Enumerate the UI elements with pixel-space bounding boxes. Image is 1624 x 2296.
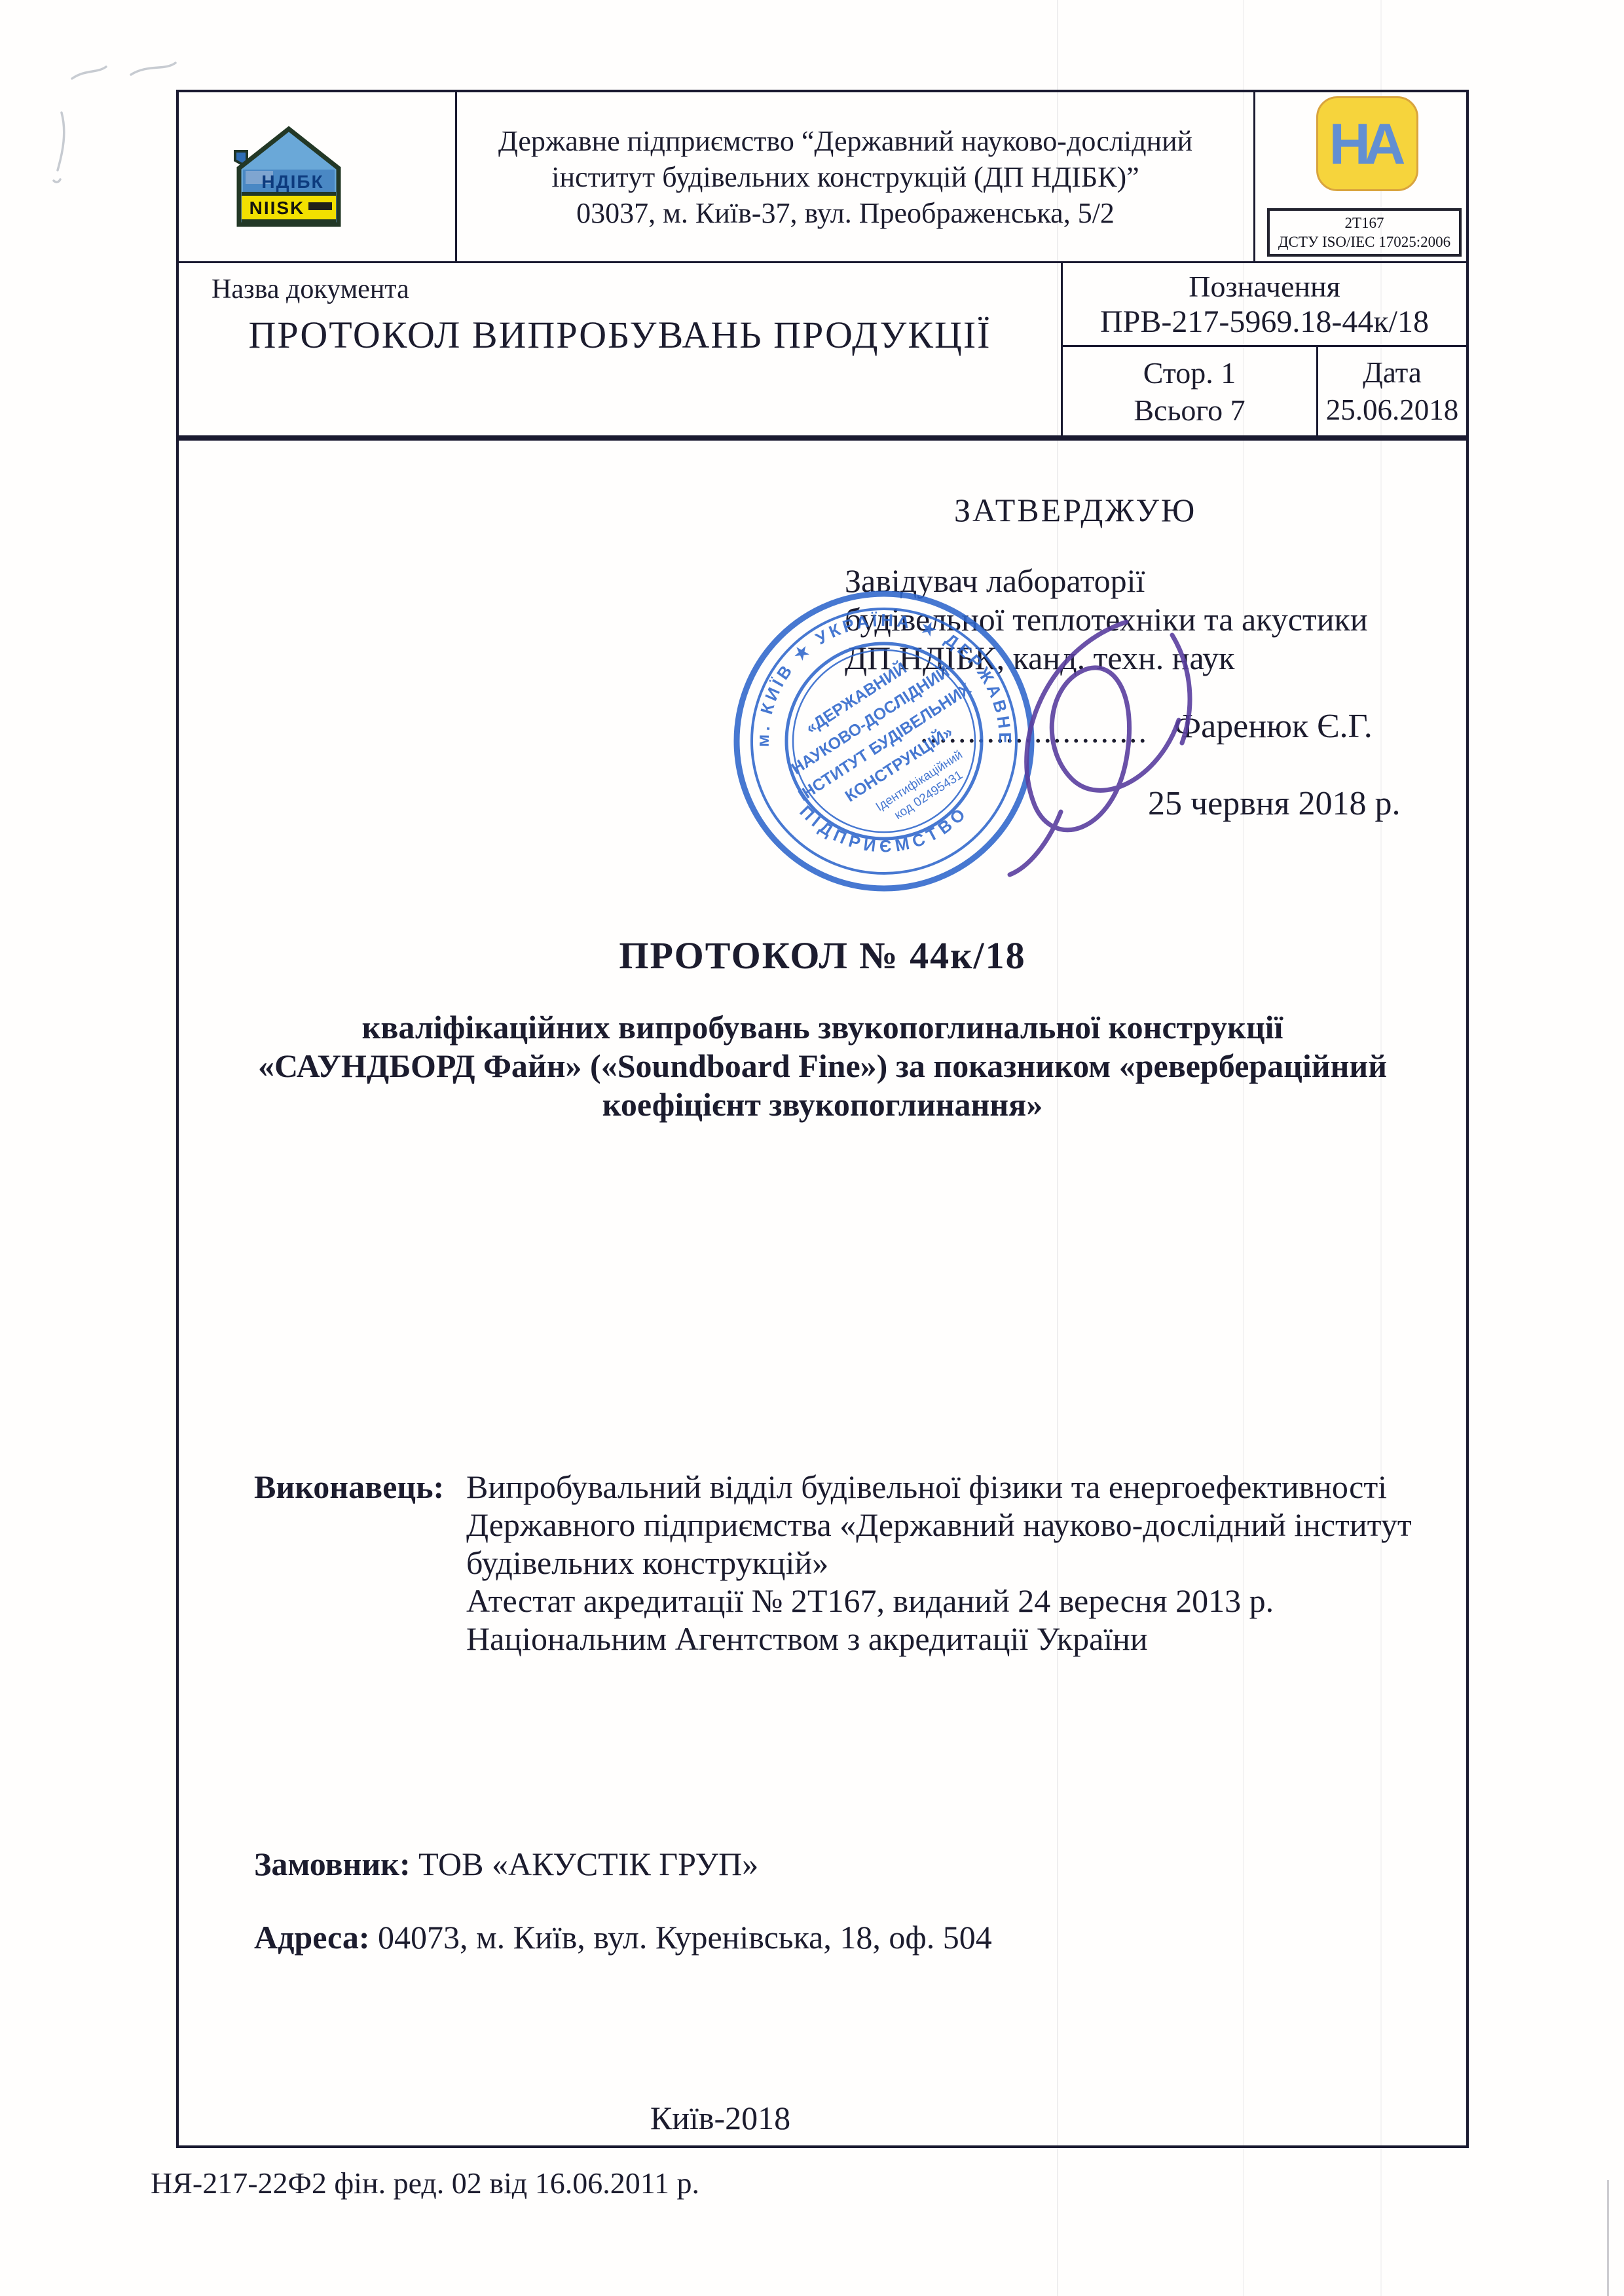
accreditation-cell: НА 2Т167 ДСТУ ISO/IEC 17025:2006	[1255, 92, 1466, 261]
approval-date: 25 червня 2018 р.	[1148, 784, 1401, 823]
executor-line: Атестат акредитації № 2Т167, виданий 24 …	[466, 1582, 1412, 1620]
approver-position-line: будівельної теплотехніки та акустики	[845, 600, 1368, 639]
date-cell: Дата 25.06.2018	[1318, 347, 1466, 435]
institute-house-logo-icon: НДІБК NIISK	[230, 125, 348, 238]
institution-line: Державне підприємство “Державний науково…	[498, 123, 1192, 159]
doc-title: ПРОТОКОЛ ВИПРОБУВАНЬ ПРОДУКЦІЇ	[179, 313, 1061, 357]
signature-dotted-line: ........................	[920, 712, 1148, 750]
date-label: Дата	[1363, 354, 1422, 392]
institution-cell: Державне підприємство “Державний науково…	[457, 92, 1253, 261]
subtitle-line: кваліфікаційних випробувань звукопоглина…	[176, 1008, 1469, 1047]
executor-line: Національним Агентством з акредитації Ук…	[466, 1620, 1412, 1658]
page-count-cell: Стор. 1 Всього 7	[1063, 347, 1316, 435]
designation-value: ПРВ-217-5969.18-44к/18	[1100, 304, 1429, 340]
executor-line: Державного підприємства «Державний науко…	[466, 1506, 1412, 1544]
institution-line: 03037, м. Київ-37, вул. Преображенська, …	[576, 195, 1115, 231]
subtitle-line: коефіцієнт звукопоглинання»	[176, 1085, 1469, 1124]
address-label: Адреса:	[254, 1919, 369, 1956]
institute-logo-cell: НДІБК NIISK	[179, 92, 455, 261]
customer-value: ТОВ «АКУСТІК ГРУП»	[418, 1846, 758, 1882]
executor-label: Виконавець:	[254, 1468, 444, 1506]
accreditation-cert-box: 2Т167 ДСТУ ISO/IEC 17025:2006	[1267, 208, 1462, 257]
address-value: 04073, м. Київ, вул. Куренівська, 18, оф…	[378, 1919, 992, 1956]
header-table: НДІБК NIISK Державне підприємство “Держа…	[176, 90, 1469, 438]
logo-band-bottom-text: NIISK	[249, 198, 305, 218]
designation-label: Позначення	[1189, 269, 1340, 304]
city-year: Київ-2018	[589, 2099, 851, 2137]
customer-label: Замовник:	[254, 1846, 411, 1882]
protocol-title: ПРОТОКОЛ № 44к/18	[176, 934, 1469, 977]
doc-name-cell: Назва документа ПРОТОКОЛ ВИПРОБУВАНЬ ПРО…	[179, 263, 1061, 435]
pages-total: Всього 7	[1134, 392, 1245, 429]
protocol-subtitle: кваліфікаційних випробувань звукопоглина…	[176, 1008, 1469, 1124]
approver-position-block: Завідувач лабораторії будівельної теплот…	[845, 562, 1368, 678]
subtitle-line: «САУНДБОРД Файн» («Soundboard Fine») за …	[176, 1047, 1469, 1085]
page-number: Стор. 1	[1143, 354, 1236, 392]
na-monogram: НА	[1329, 111, 1399, 177]
executor-line: Випробувальний відділ будівельної фізики…	[466, 1468, 1412, 1506]
scanned-protocol-page: НДІБК NIISK Державне підприємство “Держа…	[0, 0, 1624, 2296]
content-frame	[176, 438, 1469, 2148]
approve-heading: ЗАТВЕРДЖУЮ	[954, 491, 1196, 529]
approver-position-line: Завідувач лабораторії	[845, 562, 1368, 600]
cert-standard: ДСТУ ISO/IEC 17025:2006	[1270, 232, 1459, 251]
executor-line: будівельних конструкцій»	[466, 1544, 1412, 1582]
customer-row: Замовник: ТОВ «АКУСТІК ГРУП»	[254, 1845, 758, 1883]
form-reference-footer: НЯ-217-22Ф2 фін. ред. 02 від 16.06.2011 …	[151, 2166, 699, 2200]
approver-name: Фаренюк Є.Г.	[1174, 707, 1373, 746]
approver-position-line: ДП НДІБК, канд. техн. наук	[845, 639, 1368, 678]
accreditation-na-logo-icon: НА	[1316, 96, 1418, 191]
scan-artifact-line	[1607, 2180, 1609, 2296]
date-value: 25.06.2018	[1326, 392, 1459, 429]
address-row: Адреса: 04073, м. Київ, вул. Куренівська…	[254, 1918, 992, 1956]
institution-line: інститут будівельних конструкцій (ДП НДІ…	[551, 159, 1139, 195]
logo-band-top-text: НДІБК	[261, 172, 323, 192]
doc-name-label: Назва документа	[212, 274, 409, 305]
executor-details: Випробувальний відділ будівельної фізики…	[466, 1468, 1412, 1658]
designation-cell: Позначення ПРВ-217-5969.18-44к/18	[1063, 263, 1466, 345]
cert-number: 2Т167	[1270, 213, 1459, 232]
